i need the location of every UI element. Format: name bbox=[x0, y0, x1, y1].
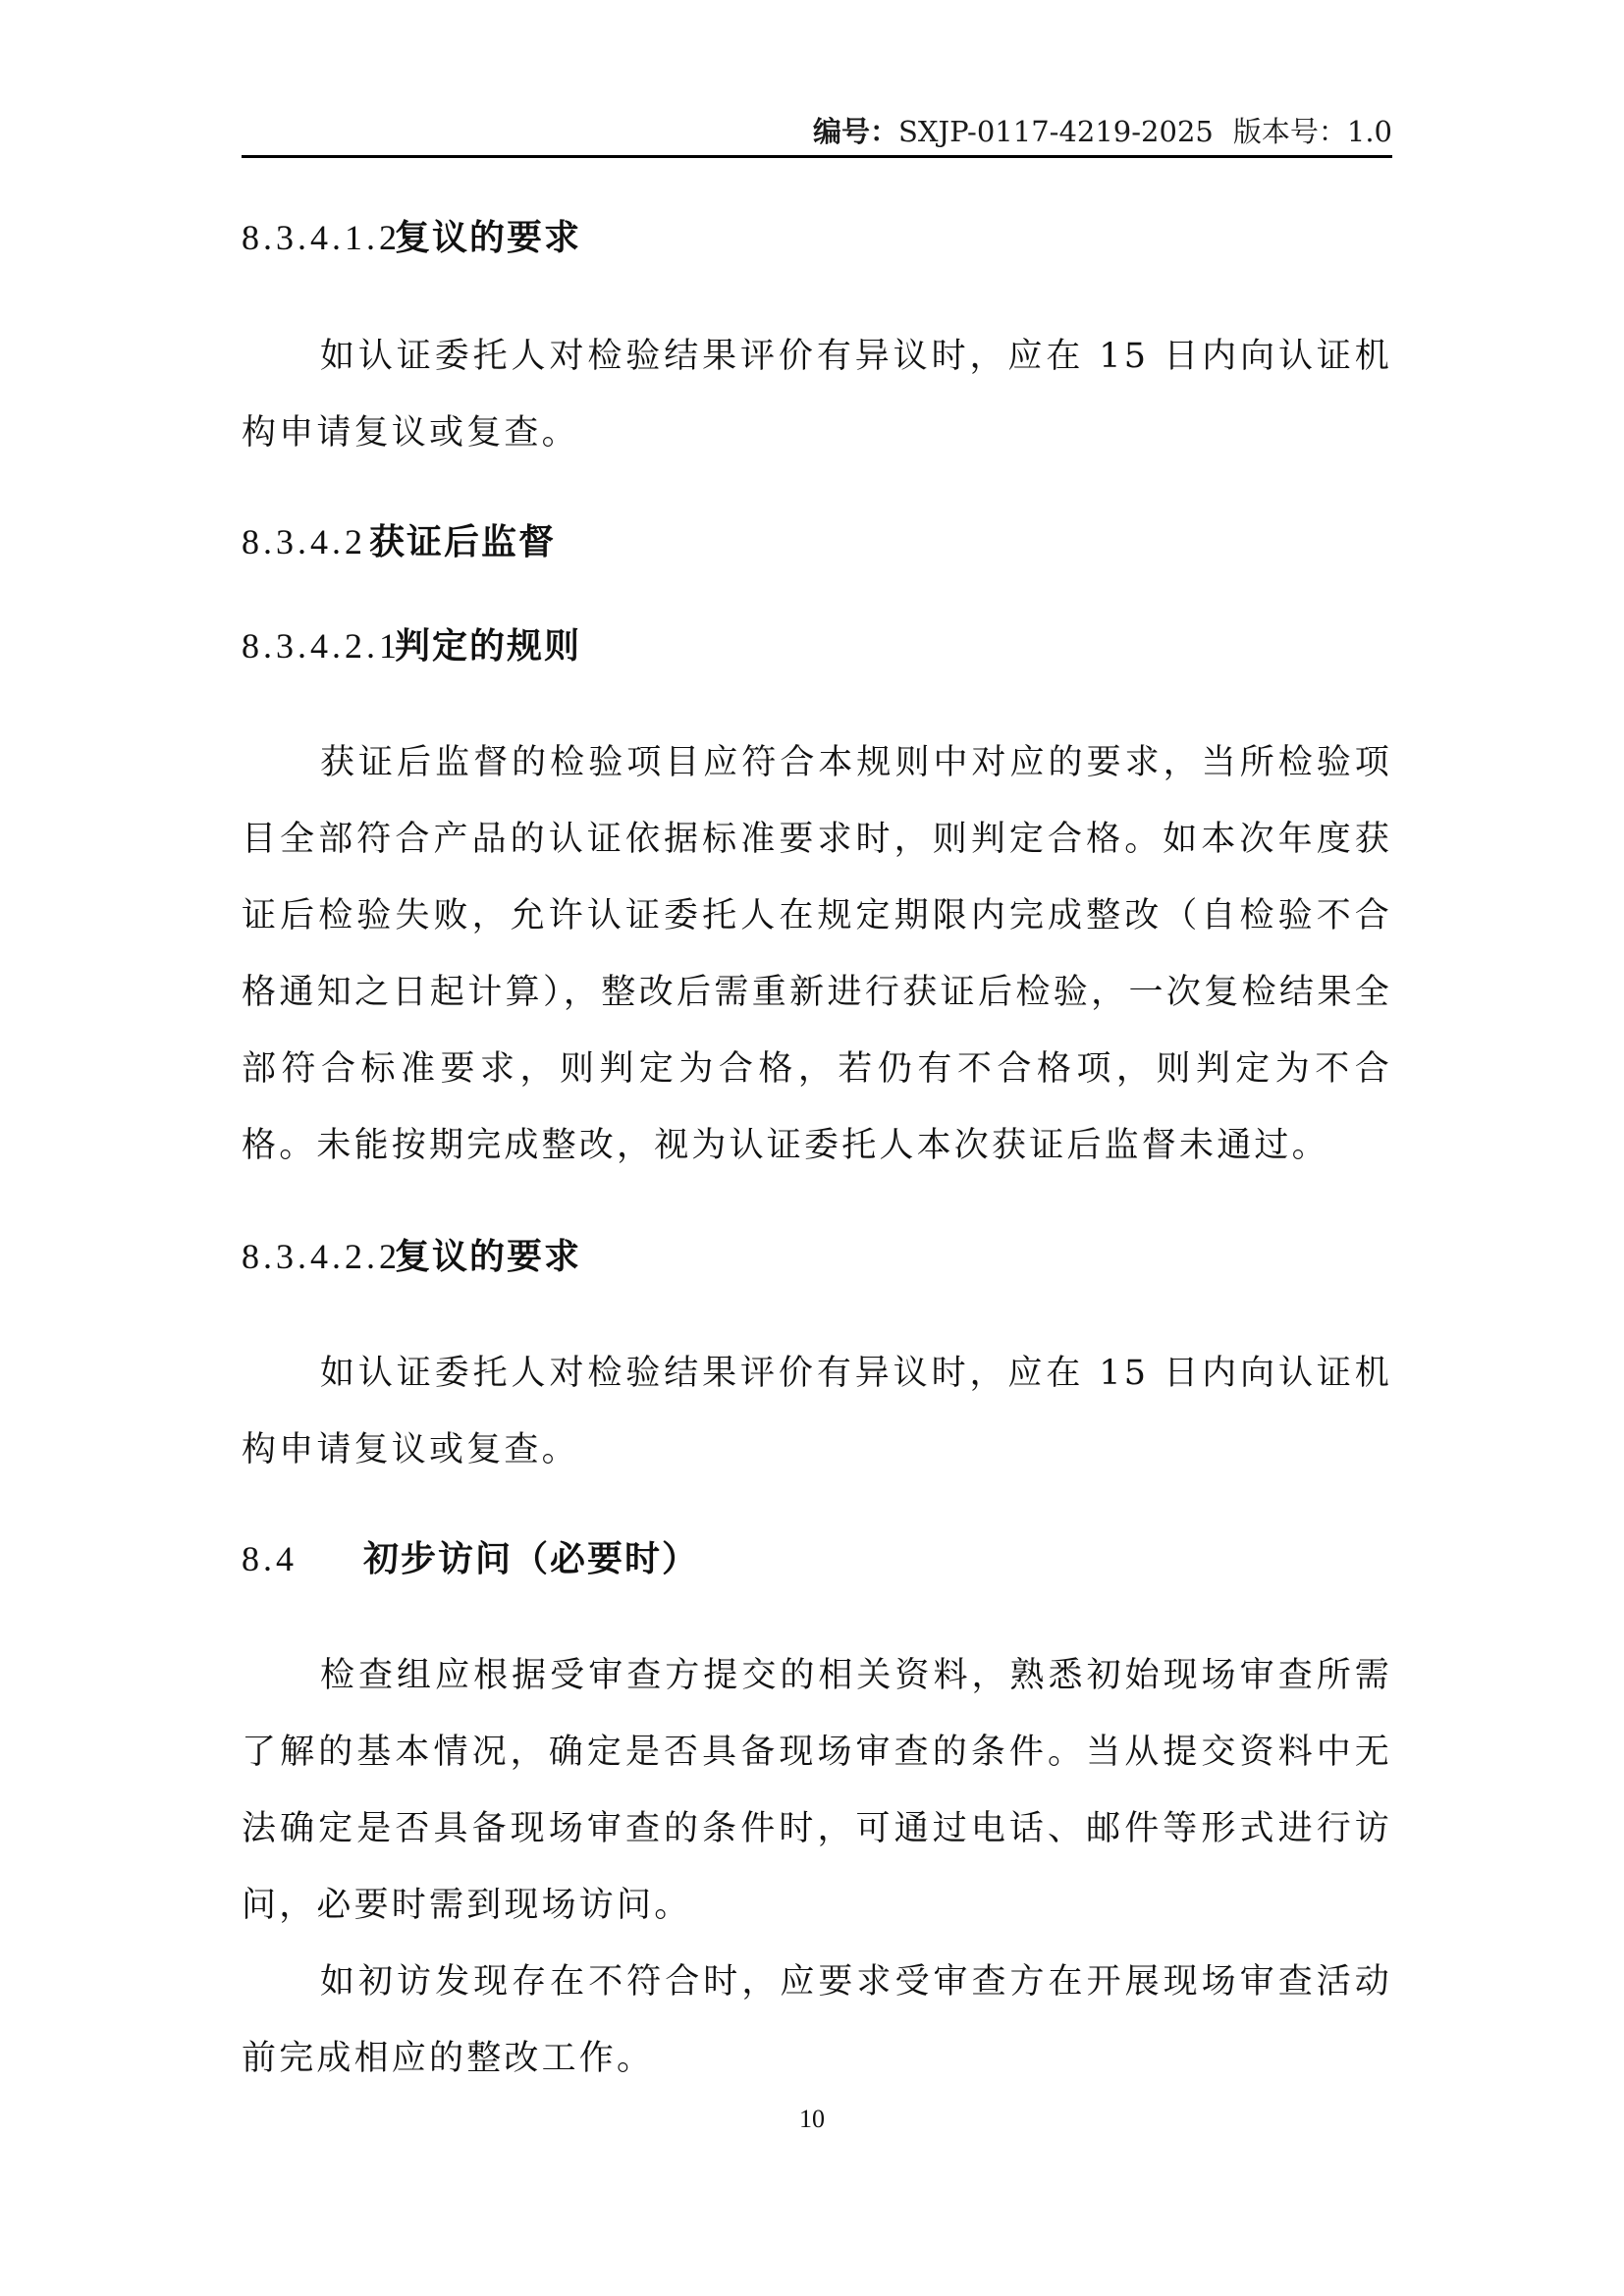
paragraph-rectification: 如初访发现存在不符合时，应要求受审查方在开展现场审查活动前完成相应的整改工作。 bbox=[242, 1944, 1392, 2097]
paragraph-reconsideration-2: 如认证委托人对检验结果评价有异议时，应在 15 日内向认证机构申请复议或复查。 bbox=[242, 1335, 1392, 1488]
section-title: 初步访问（必要时） bbox=[363, 1539, 699, 1579]
section-number: 8.3.4.2.2 bbox=[242, 1233, 395, 1280]
paragraph-text: 如初访发现存在不符合时，应要求受审查方在开展现场审查活动前完成相应的整改工作。 bbox=[242, 1944, 1392, 2097]
section-heading-8-3-4-2: 8.3.4.2获证后监督 bbox=[242, 518, 1392, 566]
section-title: 判定的规则 bbox=[395, 626, 581, 667]
paragraph-judgment-rules: 获证后监督的检验项目应符合本规则中对应的要求，当所检验项目全部符合产品的认证依据… bbox=[242, 724, 1392, 1184]
document-page: 编号：SXJP-0117-4219-2025版本号：1.0 8.3.4.1.2复… bbox=[0, 0, 1624, 2296]
paragraph-text: 如认证委托人对检验结果评价有异议时，应在 15 日内向认证机构申请复议或复查。 bbox=[242, 318, 1392, 471]
doc-code-value: SXJP-0117-4219-2025 bbox=[898, 115, 1214, 148]
page-number: 10 bbox=[0, 2105, 1624, 2134]
section-title: 获证后监督 bbox=[369, 522, 556, 562]
section-number: 8.3.4.2 bbox=[242, 518, 369, 565]
doc-code-label: 编号： bbox=[813, 115, 898, 148]
paragraph-text: 获证后监督的检验项目应符合本规则中对应的要求，当所检验项目全部符合产品的认证依据… bbox=[242, 724, 1392, 1184]
version-value: 1.0 bbox=[1347, 115, 1392, 148]
paragraph-reconsideration-1: 如认证委托人对检验结果评价有异议时，应在 15 日内向认证机构申请复议或复查。 bbox=[242, 318, 1392, 471]
header-divider bbox=[242, 155, 1392, 158]
section-number: 8.3.4.2.1 bbox=[242, 622, 395, 669]
version-label: 版本号： bbox=[1233, 115, 1347, 148]
paragraph-text: 如认证委托人对检验结果评价有异议时，应在 15 日内向认证机构申请复议或复查。 bbox=[242, 1335, 1392, 1488]
section-heading-8-3-4-2-2: 8.3.4.2.2复议的要求 bbox=[242, 1233, 1392, 1281]
paragraph-text: 检查组应根据受审查方提交的相关资料，熟悉初始现场审查所需了解的基本情况，确定是否… bbox=[242, 1637, 1392, 1944]
section-title: 复议的要求 bbox=[395, 1237, 581, 1277]
section-number: 8.3.4.1.2 bbox=[242, 214, 395, 261]
section-heading-8-3-4-1-2: 8.3.4.1.2复议的要求 bbox=[242, 214, 1392, 262]
section-heading-8-4: 8.4初步访问（必要时） bbox=[242, 1535, 1392, 1583]
paragraph-preliminary-visit: 检查组应根据受审查方提交的相关资料，熟悉初始现场审查所需了解的基本情况，确定是否… bbox=[242, 1637, 1392, 1944]
page-header: 编号：SXJP-0117-4219-2025版本号：1.0 bbox=[242, 110, 1392, 153]
section-title: 复议的要求 bbox=[395, 218, 581, 258]
section-heading-8-3-4-2-1: 8.3.4.2.1判定的规则 bbox=[242, 622, 1392, 670]
section-number: 8.4 bbox=[242, 1535, 363, 1582]
